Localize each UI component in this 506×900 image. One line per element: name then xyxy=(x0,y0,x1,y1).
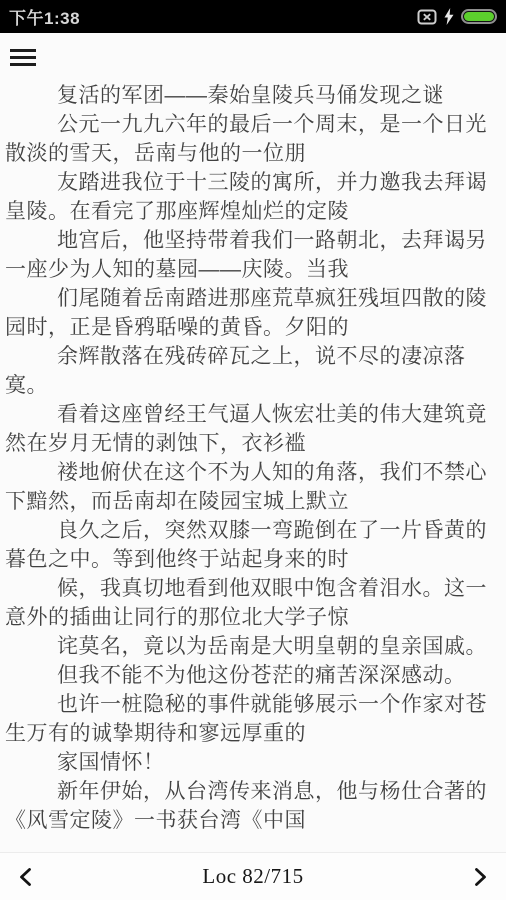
text-line: 们尾随着岳南踏进那座荒草疯狂残垣四散的陵 xyxy=(5,284,496,313)
text-line: 皇陵。在看完了那座辉煌灿烂的定陵 xyxy=(5,197,496,226)
text-line: 新年伊始，从台湾传来消息，他与杨仕合著的 xyxy=(5,777,496,806)
next-page-button[interactable] xyxy=(467,863,494,891)
status-bar: 下午1:38 xyxy=(0,0,506,33)
menu-button[interactable] xyxy=(10,49,36,66)
prev-page-button[interactable] xyxy=(12,863,39,891)
text-line: 《风雪定陵》一书获台湾《中国 xyxy=(5,806,496,835)
bottom-bar: Loc 82/715 xyxy=(0,852,506,900)
text-line: 但我不能不为他这份苍茫的痛苦深深感动。 xyxy=(5,661,496,690)
text-line: 寞。 xyxy=(5,371,496,400)
book-text: 复活的军团——秦始皇陵兵马俑发现之谜公元一九九六年的最后一个周末，是一个日光散淡… xyxy=(0,81,506,835)
text-line: 地宫后，他坚持带着我们一路朝北，去拜谒另 xyxy=(5,226,496,255)
text-line: 看着这座曾经王气逼人恢宏壮美的伟大建筑竟 xyxy=(5,400,496,429)
text-line: 下黯然，而岳南却在陵园宝城上默立 xyxy=(5,487,496,516)
text-line: 余辉散落在残砖碎瓦之上，说不尽的凄凉落 xyxy=(5,342,496,371)
text-line: 公元一九九六年的最后一个周末，是一个日光 xyxy=(5,110,496,139)
text-line: 家国情怀！ xyxy=(5,748,496,777)
text-line: 友踏进我位于十三陵的寓所，并力邀我去拜谒 xyxy=(5,168,496,197)
text-line: 散淡的雪天，岳南与他的一位朋 xyxy=(5,139,496,168)
location-indicator: Loc 82/715 xyxy=(202,864,303,889)
text-line: 诧莫名，竟以为岳南是大明皇朝的皇亲国戚。 xyxy=(5,632,496,661)
status-icons xyxy=(417,8,497,25)
charging-icon xyxy=(444,8,454,25)
no-sim-icon xyxy=(417,9,437,25)
text-line: 复活的军团——秦始皇陵兵马俑发现之谜 xyxy=(5,81,496,110)
chevron-left-icon xyxy=(18,867,33,887)
text-line: 然在岁月无情的剥蚀下，衣衫褴 xyxy=(5,429,496,458)
text-line: 褛地俯伏在这个不为人知的角落，我们不禁心 xyxy=(5,458,496,487)
status-time: 下午1:38 xyxy=(9,4,80,29)
text-line: 也许一桩隐秘的事件就能够展示一个作家对苍 xyxy=(5,690,496,719)
battery-fill xyxy=(464,12,494,21)
reader-app: 下午1:38 复活的军团——秦始皇陵兵马俑发现之谜公元一九九六年的最后一个周末，… xyxy=(0,0,506,900)
battery-icon xyxy=(461,9,497,24)
text-line: 良久之后，突然双膝一弯跪倒在了一片昏黄的 xyxy=(5,516,496,545)
text-line: 意外的插曲让同行的那位北大学子惊 xyxy=(5,603,496,632)
text-line: 候，我真切地看到他双眼中饱含着泪水。这一 xyxy=(5,574,496,603)
text-line: 生万有的诚挚期待和寥远厚重的 xyxy=(5,719,496,748)
reader-page[interactable]: 复活的军团——秦始皇陵兵马俑发现之谜公元一九九六年的最后一个周末，是一个日光散淡… xyxy=(0,49,506,868)
chevron-right-icon xyxy=(473,867,488,887)
text-line: 一座少为人知的墓园——庆陵。当我 xyxy=(5,255,496,284)
text-line: 园时，正是昏鸦聒噪的黄昏。夕阳的 xyxy=(5,313,496,342)
text-line: 暮色之中。等到他终于站起身来的时 xyxy=(5,545,496,574)
hamburger-icon xyxy=(10,49,36,66)
